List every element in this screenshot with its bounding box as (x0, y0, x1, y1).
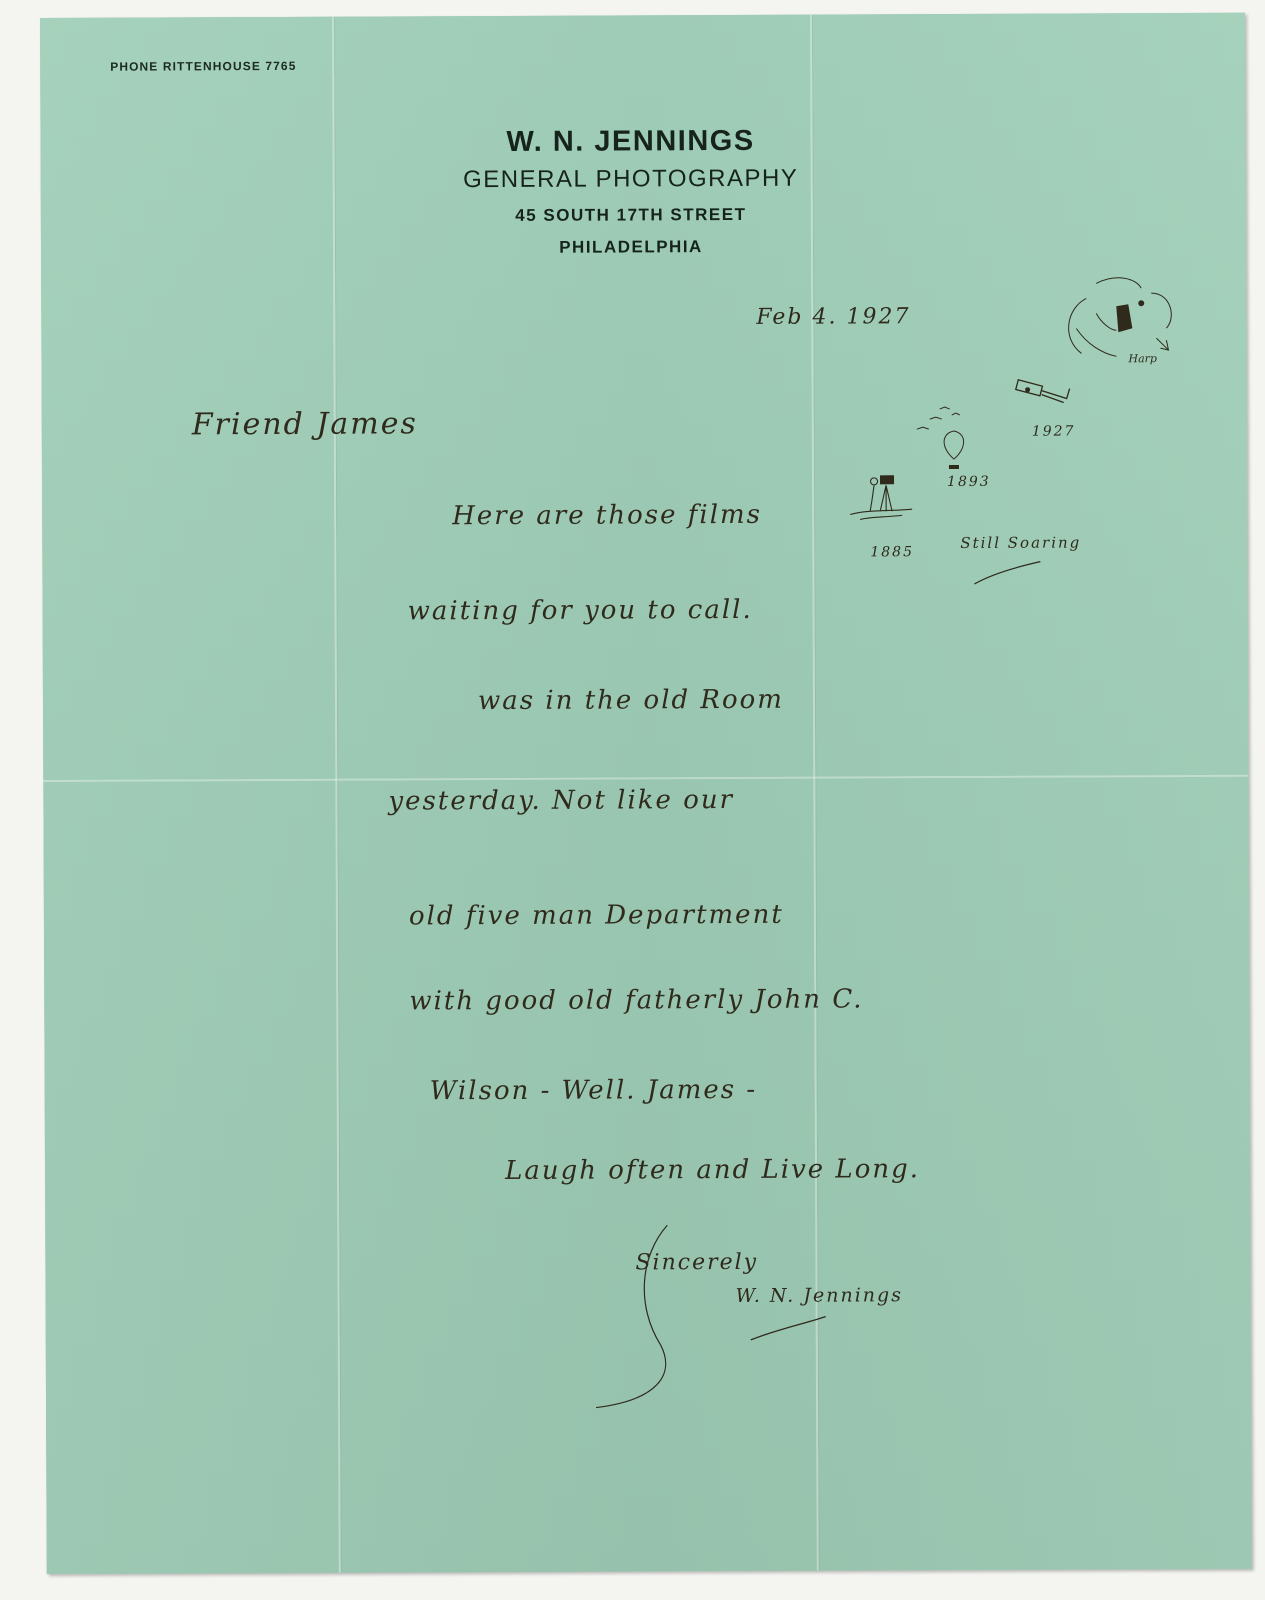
camera-tripod-sketch-icon (842, 469, 917, 529)
signature: W. N. Jennings (736, 1284, 903, 1307)
body-line: with good old fatherly John C. (409, 984, 863, 1016)
letterhead-phone: PHONE RITTENHOUSE 7765 (110, 59, 296, 74)
harp-cloud-sketch-icon: Harp (1056, 268, 1186, 369)
svg-text:Harp: Harp (1127, 352, 1157, 365)
body-line: Here are those films (452, 500, 762, 531)
fold-line-horizontal (43, 775, 1248, 782)
letterhead-city: PHILADELPHIA (331, 236, 931, 259)
salutation: Friend James (192, 406, 418, 442)
letterhead-name: W. N. JENNINGS (330, 124, 930, 160)
airplane-year: 1927 (1032, 423, 1076, 439)
signature-underline-icon (746, 1315, 836, 1345)
airplane-sketch-icon (1012, 378, 1082, 408)
body-line: Wilson - Well. James - (430, 1075, 758, 1106)
letterhead-business: GENERAL PHOTOGRAPHY (331, 164, 931, 195)
balloon-year: 1893 (947, 474, 991, 490)
body-line: yesterday. Not like our (388, 785, 734, 817)
closing-flourish-icon (585, 1215, 706, 1416)
body-line: waiting for you to call. (408, 595, 753, 627)
sketch-caption: Still Soaring (960, 533, 1081, 552)
body-line: Laugh often and Live Long. (505, 1154, 920, 1186)
letterhead-address: 45 SOUTH 17TH STREET (331, 204, 931, 227)
camera-year: 1885 (870, 544, 914, 560)
letter-paper: PHONE RITTENHOUSE 7765 W. N. JENNINGS GE… (40, 13, 1252, 1574)
balloon-sketch-icon (912, 399, 982, 469)
letter-date: Feb 4. 1927 (756, 304, 910, 330)
caption-underline-icon (972, 559, 1042, 589)
body-line: old five man Department (409, 900, 784, 932)
body-line: was in the old Room (478, 685, 784, 716)
